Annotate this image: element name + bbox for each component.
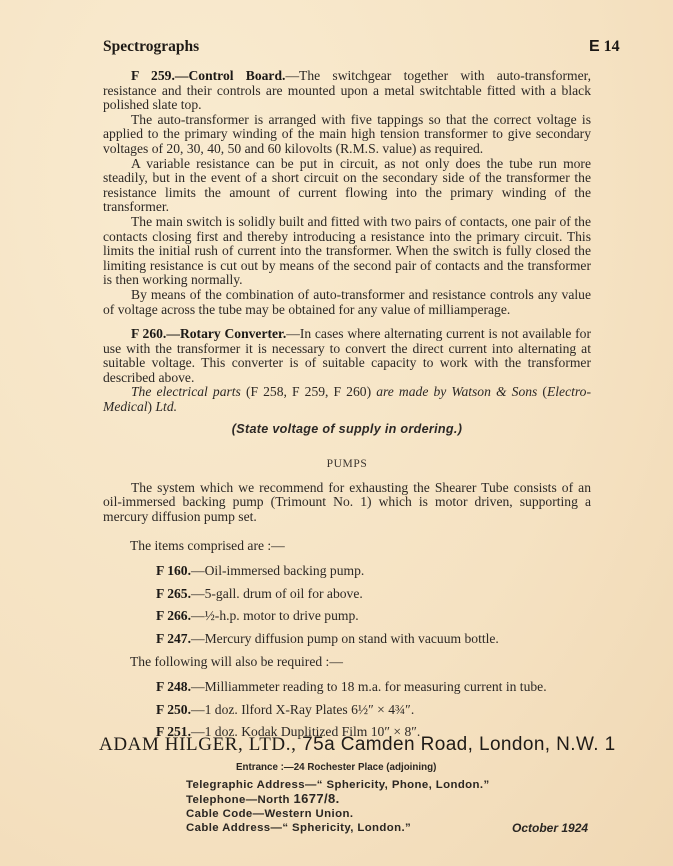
- item-code: F 250.: [156, 702, 191, 717]
- maker-paren: (: [537, 384, 547, 399]
- item-code: F 260.: [131, 326, 166, 341]
- supply-note: (State voltage of supply in ordering.): [103, 422, 591, 437]
- list-item: F 250.—1 doz. Ilford X-Ray Plates 6½″ × …: [156, 703, 591, 718]
- entrance-note: Entrance :—24 Rochester Place (adjoining…: [236, 762, 436, 773]
- paragraph-tappings: The auto-transformer is arranged with fi…: [103, 113, 591, 157]
- item-code: F 247.: [156, 631, 191, 646]
- cable-code: Cable Code—Western Union.: [186, 807, 586, 821]
- paragraph-combination: By means of the combination of auto-tran…: [103, 288, 591, 317]
- paragraph-resistance: A variable resistance can be put in circ…: [103, 157, 591, 215]
- maker-text: The electrical parts: [131, 384, 241, 399]
- section-heading-pumps: PUMPS: [103, 457, 591, 472]
- item-title: —Control Board.: [175, 68, 286, 83]
- item-code: F 259.: [131, 68, 175, 83]
- item-text: —5-gall. drum of oil for above.: [191, 586, 363, 601]
- list-item: F 265.—5-gall. drum of oil for above.: [156, 587, 591, 602]
- maker-name: are made by Watson & Sons: [376, 384, 537, 399]
- maker-refs: (F 258, F 259, F 260): [241, 384, 376, 399]
- maker-ltd: Ltd.: [155, 399, 177, 414]
- running-title: Spectrographs: [103, 38, 623, 56]
- required-lead: The following will also be required :—: [103, 655, 591, 670]
- item-text: —1 doz. Ilford X-Ray Plates 6½″ × 4¾″.: [191, 702, 414, 717]
- issue-date: October 1924: [512, 821, 588, 835]
- item-text: —Mercury diffusion pump on stand with va…: [191, 631, 499, 646]
- list-item: F 247.—Mercury diffusion pump on stand w…: [156, 632, 591, 647]
- paragraph-main-switch: The main switch is solidly built and fit…: [103, 215, 591, 288]
- item-code: F 160.: [156, 563, 191, 578]
- comprised-lead: The items comprised are :—: [103, 539, 591, 554]
- item-text: —Milliammeter reading to 18 m.a. for mea…: [191, 679, 547, 694]
- telegraphic-address: Telegraphic Address—“ Sphericity, Phone,…: [186, 778, 586, 792]
- catalogue-page: Spectrographs E 14 F 259.—Control Board.…: [0, 0, 673, 866]
- item-title: —Rotary Converter.: [166, 326, 286, 341]
- list-item: F 160.—Oil-immersed backing pump.: [156, 564, 591, 579]
- telephone: Telephone—North 1677/8.: [186, 792, 586, 807]
- pump-items-list: F 160.—Oil-immersed backing pump.F 265.—…: [103, 564, 591, 646]
- telephone-number: 1677/8.: [293, 791, 339, 806]
- body-text: F 259.—Control Board.—The switchgear tog…: [103, 69, 591, 748]
- company-line: ADAM HILGER, LTD., 75a Camden Road, Lond…: [99, 734, 619, 756]
- list-item: F 266.—½-h.p. motor to drive pump.: [156, 609, 591, 624]
- section-letter: E: [589, 38, 600, 55]
- item-code: F 248.: [156, 679, 191, 694]
- item-text: —½-h.p. motor to drive pump.: [191, 608, 359, 623]
- item-text: —Oil-immersed backing pump.: [191, 563, 364, 578]
- page-number: E 14: [589, 38, 620, 56]
- paragraph-f259: F 259.—Control Board.—The switchgear tog…: [103, 69, 591, 113]
- company-name: ADAM HILGER, LTD.,: [99, 734, 296, 755]
- paragraph-maker: The electrical parts (F 258, F 259, F 26…: [103, 385, 591, 414]
- item-code: F 265.: [156, 586, 191, 601]
- required-items-list: F 248.—Milliammeter reading to 18 m.a. f…: [103, 680, 591, 740]
- paragraph-pumps-intro: The system which we recommend for exhaus…: [103, 481, 591, 525]
- paragraph-f260: F 260.—Rotary Converter.—In cases where …: [103, 327, 591, 385]
- list-item: F 248.—Milliammeter reading to 18 m.a. f…: [156, 680, 591, 695]
- page-number-value: 14: [604, 38, 620, 55]
- telephone-label: Telephone—North: [186, 794, 293, 806]
- item-code: F 266.: [156, 608, 191, 623]
- company-address: 75a Camden Road, London, N.W. 1: [296, 734, 615, 755]
